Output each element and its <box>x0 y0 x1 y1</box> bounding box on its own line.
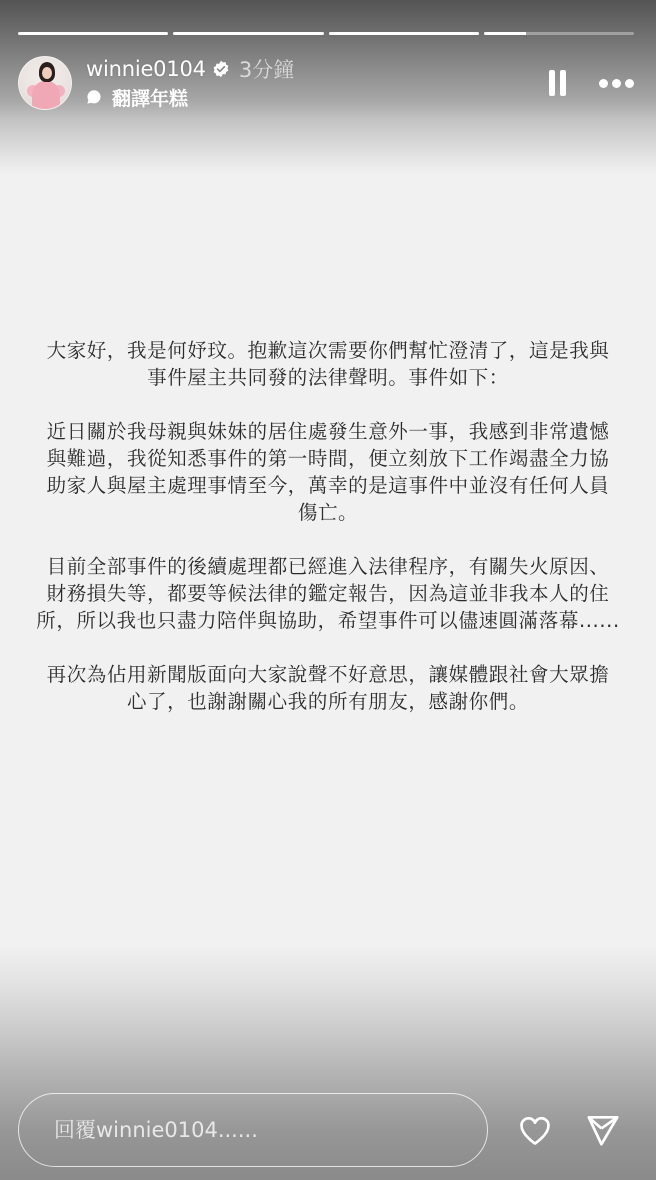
pause-icon <box>549 70 555 96</box>
pause-button[interactable] <box>547 70 569 96</box>
verified-badge-icon <box>212 60 230 78</box>
paragraph-4: 再次為佔用新聞版面向大家說聲不好意思，讓媒體跟社會大眾擔 心了，也謝謝關心我的所… <box>20 661 636 715</box>
text-line: 再次為佔用新聞版面向大家說聲不好意思，讓媒體跟社會大眾擔 <box>20 661 636 688</box>
text-line: 所，所以我也只盡力陪伴與協助，希望事件可以儘速圓滿落幕...... <box>20 607 636 634</box>
heart-icon <box>516 1111 554 1149</box>
send-icon <box>584 1111 622 1149</box>
story-meta: winnie0104 3分鐘 翻譯年糕 <box>86 56 294 110</box>
progress-segment-3 <box>329 32 479 35</box>
text-line: 心了，也謝謝關心我的所有朋友，感謝你們。 <box>20 688 636 715</box>
text-line: 財務損失等，都要等候法律的鑑定報告，因為這並非我本人的住 <box>20 580 636 607</box>
paragraph-2: 近日關於我母親與妹妹的居住處發生意外一事，我感到非常遺憾 與難過，我從知悉事件的… <box>20 418 636 526</box>
story-progress-bar <box>18 32 634 35</box>
username-link[interactable]: winnie0104 <box>86 57 206 81</box>
paragraph-1: 大家好，我是何妤玟。抱歉這次需要你們幫忙澄清了，這是我與 事件屋主共同發的法律聲… <box>20 337 636 391</box>
text-line: 大家好，我是何妤玟。抱歉這次需要你們幫忙澄清了，這是我與 <box>20 337 636 364</box>
story-text-content: 大家好，我是何妤玟。抱歉這次需要你們幫忙澄清了，這是我與 事件屋主共同發的法律聲… <box>20 337 636 742</box>
progress-segment-4 <box>484 32 634 35</box>
timestamp: 3分鐘 <box>239 54 294 84</box>
text-line: 目前全部事件的後續處理都已經進入法律程序，有關失火原因、 <box>20 553 636 580</box>
more-options-button[interactable] <box>599 75 634 92</box>
progress-segment-1 <box>18 32 168 35</box>
more-options-icon <box>599 79 608 88</box>
story-controls <box>547 70 634 96</box>
reply-input[interactable] <box>18 1093 488 1167</box>
story-viewer[interactable]: winnie0104 3分鐘 翻譯年糕 <box>0 0 656 1180</box>
text-line: 與難過，我從知悉事件的第一時間，便立刻放下工作竭盡全力協 <box>20 445 636 472</box>
like-button[interactable] <box>515 1110 555 1150</box>
paragraph-3: 目前全部事件的後續處理都已經進入法律程序，有關失火原因、 財務損失等，都要等候法… <box>20 553 636 634</box>
text-line: 助家人與屋主處理事情至今，萬幸的是這事件中並沒有任何人員 <box>20 472 636 499</box>
speech-bubble-icon <box>86 89 102 105</box>
text-line: 近日關於我母親與妹妹的居住處發生意外一事，我感到非常遺憾 <box>20 418 636 445</box>
story-footer <box>18 1093 636 1167</box>
progress-segment-2 <box>173 32 323 35</box>
translate-link[interactable]: 翻譯年糕 <box>86 84 294 110</box>
avatar[interactable] <box>18 56 72 110</box>
share-button[interactable] <box>583 1110 623 1150</box>
text-line: 事件屋主共同發的法律聲明。事件如下： <box>20 364 636 391</box>
story-header: winnie0104 3分鐘 翻譯年糕 <box>18 55 638 111</box>
translate-label: 翻譯年糕 <box>112 84 188 111</box>
text-line: 傷亡。 <box>20 499 636 526</box>
